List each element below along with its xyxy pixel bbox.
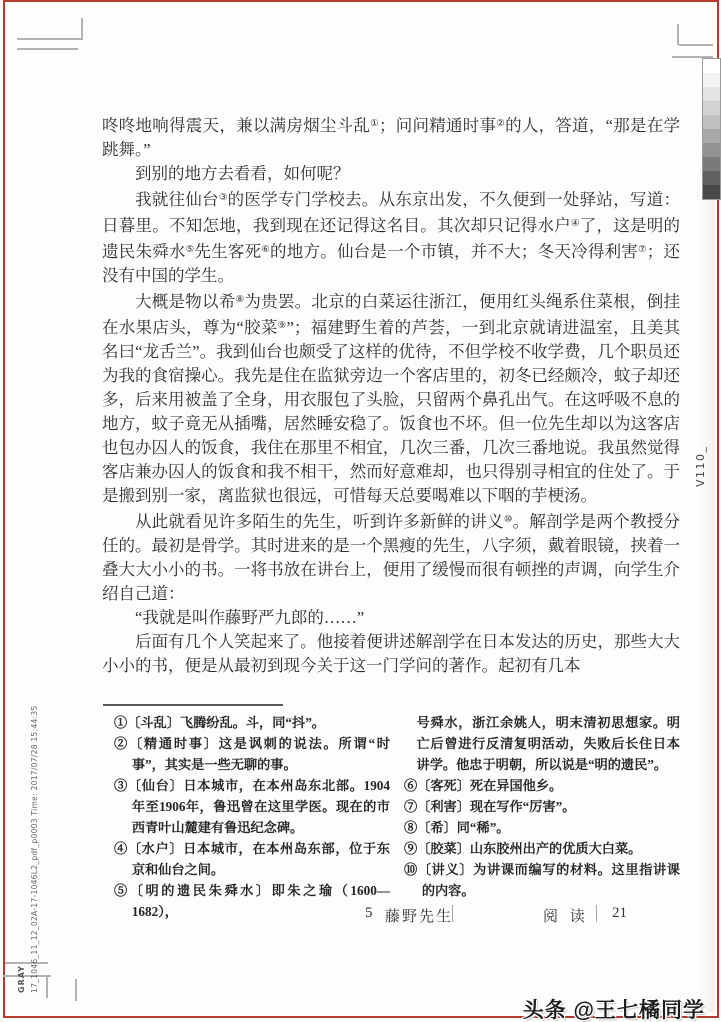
body-text: 咚咚地响得震天，兼以满房烟尘斗乱①；问问精通时事②的人，答道，“那是在学跳舞。”… bbox=[102, 112, 680, 678]
wedge-step bbox=[703, 73, 720, 87]
footnote-column-left: ①〔斗乱〕飞腾纷乱。斗，同“抖”。 ②〔精通时事〕这是讽刺的说法。所谓“时事”，… bbox=[114, 712, 390, 922]
wedge-step bbox=[703, 143, 720, 157]
scanned-textbook-page: V110_ 17_1046_11_12_02A-17-1046L2_pdf_p0… bbox=[0, 0, 721, 1022]
print-slug-gray-label: GRAY bbox=[17, 965, 26, 993]
watermark: 头条 @王七橘同学 bbox=[523, 994, 705, 1022]
footnote: ③〔仙台〕日本城市，在本州岛东北部。1904年至1906年，鲁迅曾在这里学医。现… bbox=[114, 775, 390, 838]
footnote: ⑥〔客死〕死在异国他乡。 bbox=[404, 775, 680, 796]
footnote: ①〔斗乱〕飞腾纷乱。斗，同“抖”。 bbox=[114, 712, 390, 733]
wedge-step bbox=[703, 59, 720, 73]
section-label: 阅 读 bbox=[543, 905, 589, 926]
paragraph: 大概是物以希⑧为贵罢。北京的白菜运往浙江，便用红头绳系住菜根，倒挂在水果店头，尊… bbox=[102, 288, 680, 508]
crop-mark-bottom-left bbox=[5, 962, 48, 964]
wedge-step bbox=[703, 115, 720, 129]
paragraph: 到别的地方去看看，如何呢？ bbox=[102, 162, 680, 186]
paragraph: 从此就看见许多陌生的先生，听到许多新鲜的讲义⑩。解剖学是两个教授分任的。最初是骨… bbox=[102, 508, 680, 606]
crop-mark-bottom-left bbox=[75, 979, 77, 1001]
page-number: 21 bbox=[612, 905, 627, 922]
footnote: ④〔水户〕日本城市，在本州岛东部，位于东京和仙台之间。 bbox=[114, 838, 390, 880]
crop-mark-top-right bbox=[679, 44, 713, 46]
footnote-column-right: 号舜水，浙江余姚人，明末清初思想家。明亡后曾进行反清复明活动，失败后长住日本讲学… bbox=[404, 712, 680, 922]
crop-mark-bottom-left bbox=[46, 977, 48, 998]
crop-mark-top-left bbox=[17, 38, 83, 40]
footnote: ⑨〔胶菜〕山东胶州出产的优质大白菜。 bbox=[404, 838, 680, 859]
page-footer: 5 藤野先生 阅 读 21 bbox=[0, 903, 721, 927]
scan-edge-shadow bbox=[700, 195, 715, 1013]
wedge-step bbox=[703, 101, 720, 115]
margin-code-v110: V110_ bbox=[694, 445, 707, 487]
crop-mark-top-right bbox=[677, 24, 679, 45]
wedge-step bbox=[703, 185, 720, 199]
footnotes: ①〔斗乱〕飞腾纷乱。斗，同“抖”。 ②〔精通时事〕这是讽刺的说法。所谓“时事”，… bbox=[114, 712, 680, 922]
wedge-step bbox=[703, 157, 720, 171]
print-slug-filename: 17_1046_11_12_02A-17-1046L2_pdf_p0003 Ti… bbox=[30, 705, 39, 993]
paragraph: 后面有几个人笑起来了。他接着便讲述解剖学在日本发达的历史，那些大大小小的书，便是… bbox=[102, 630, 680, 678]
crop-mark-top-left bbox=[81, 18, 83, 38]
wedge-step bbox=[703, 171, 720, 185]
footnote: ⑧〔希〕同“稀”。 bbox=[404, 817, 680, 838]
paragraph: “我就是叫作藤野严九郎的……” bbox=[102, 606, 680, 630]
lesson-number: 5 bbox=[365, 905, 373, 922]
footnote-continuation: 号舜水，浙江余姚人，明末清初思想家。明亡后曾进行反清复明活动，失败后长住日本讲学… bbox=[404, 712, 680, 775]
footnote: ②〔精通时事〕这是讽刺的说法。所谓“时事”，其实是一些无聊的事。 bbox=[114, 733, 390, 775]
wedge-step bbox=[703, 87, 720, 101]
footer-divider bbox=[452, 905, 453, 922]
footer-divider bbox=[596, 905, 597, 922]
footnote: ⑦〔利害〕现在写作“厉害”。 bbox=[404, 796, 680, 817]
paragraph: 我就往仙台③的医学专门学校去。从东京出发，不久便到一处驿站，写道：日暮里。不知怎… bbox=[102, 186, 680, 288]
footnote-divider-rule bbox=[103, 704, 283, 706]
wedge-step bbox=[703, 129, 720, 143]
crop-mark-bottom-left bbox=[3, 975, 51, 977]
lesson-title: 藤野先生 bbox=[385, 905, 453, 926]
grayscale-calibration-wedge bbox=[702, 58, 721, 200]
footnote: ⑩〔讲义〕为讲课而编写的材料。这里指讲课的内容。 bbox=[404, 859, 680, 901]
crop-mark-top-left bbox=[17, 48, 78, 50]
paragraph: 咚咚地响得震天，兼以满房烟尘斗乱①；问问精通时事②的人，答道，“那是在学跳舞。” bbox=[102, 112, 680, 162]
